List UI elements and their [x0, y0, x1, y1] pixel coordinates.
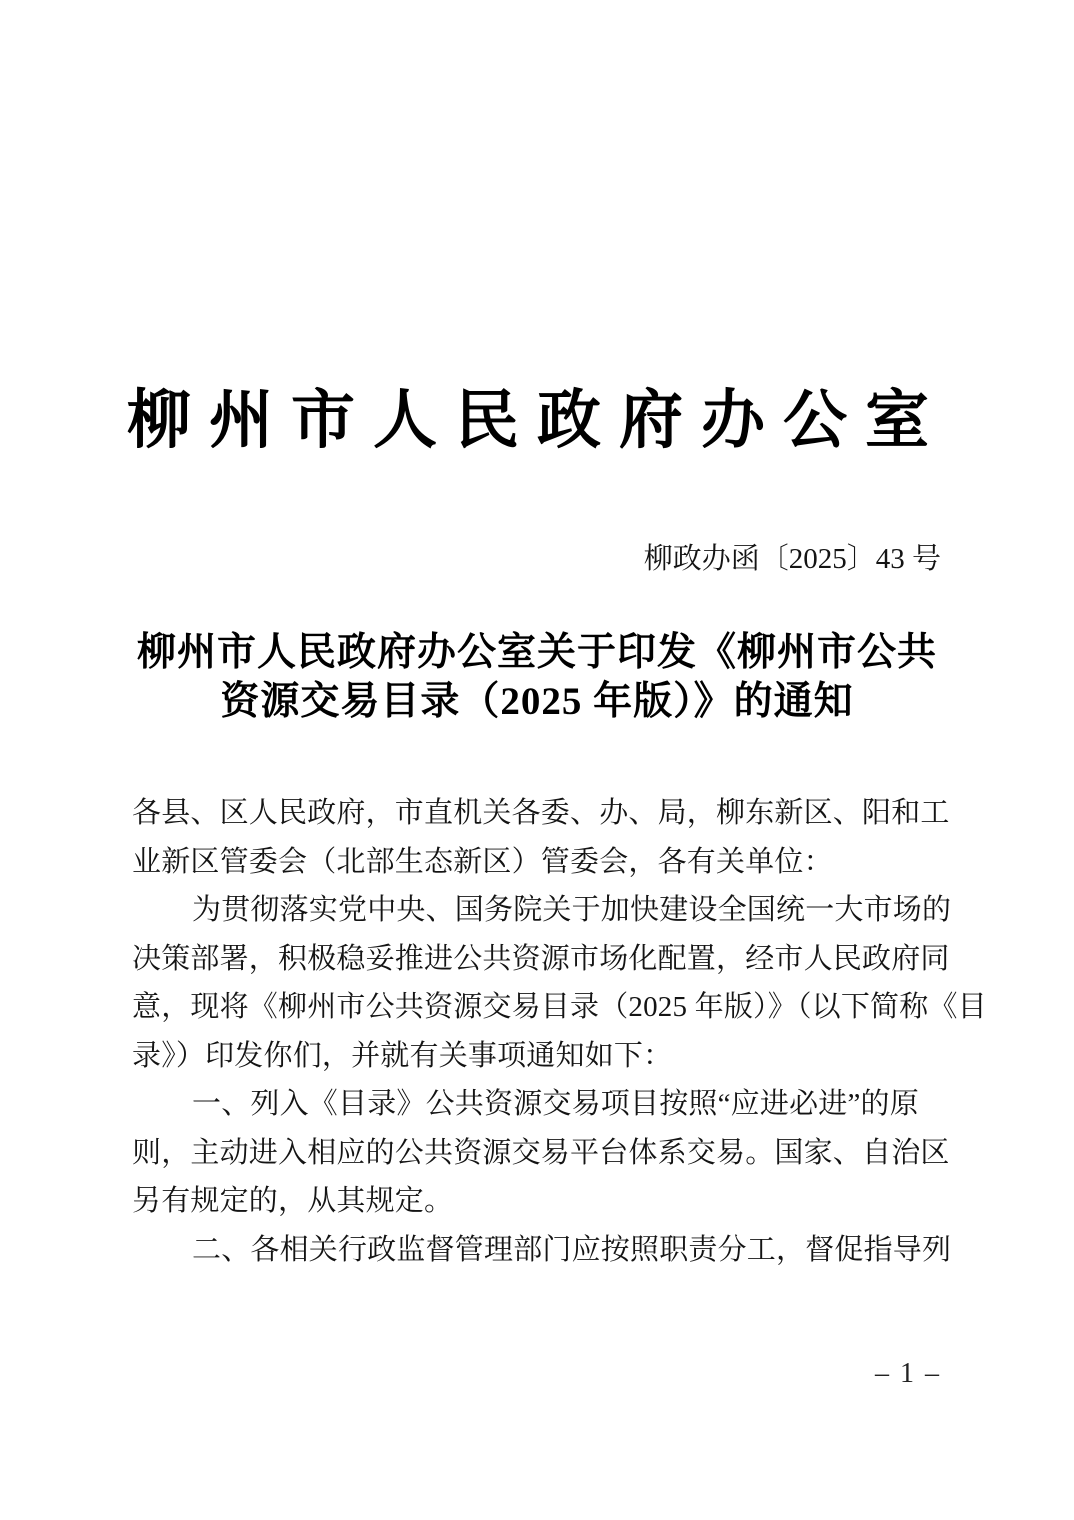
document-page: 柳州市人民政府办公室 柳政办函〔2025〕43 号 柳州市人民政府办公室关于印发… — [0, 0, 1074, 1520]
body-line: 业新区管委会（北部生态新区）管委会，各有关单位： — [132, 838, 944, 887]
title-line-1: 柳州市人民政府办公室关于印发《柳州市公共 — [0, 628, 1074, 677]
body-line: 二、各相关行政监督管理部门应按照职责分工，督促指导列 — [132, 1226, 944, 1275]
body-line: 各县、区人民政府，市直机关各委、办、局，柳东新区、阳和工 — [132, 789, 944, 838]
body-line: 决策部署，积极稳妥推进公共资源市场化配置，经市人民政府同 — [132, 935, 944, 984]
page-number: – 1 – — [131, 1356, 941, 1392]
body-line: 录》）印发你们，并就有关事项通知如下： — [132, 1032, 944, 1081]
letterhead: 柳州市人民政府办公室 — [0, 383, 1074, 459]
body-line: 意，现将《柳州市公共资源交易目录（2025 年版）》（以下简称《目 — [132, 983, 944, 1032]
body-line: 则，主动进入相应的公共资源交易平台体系交易。国家、自治区 — [132, 1129, 944, 1178]
body-line: 一、列入《目录》公共资源交易项目按照“应进必进”的原 — [132, 1080, 944, 1129]
document-body: 各县、区人民政府，市直机关各委、办、局，柳东新区、阳和工业新区管委会（北部生态新… — [132, 789, 944, 1274]
body-line: 另有规定的，从其规定。 — [132, 1177, 944, 1226]
document-number: 柳政办函〔2025〕43 号 — [131, 540, 941, 578]
body-line: 为贯彻落实党中央、国务院关于加快建设全国统一大市场的 — [132, 886, 944, 935]
document-title: 柳州市人民政府办公室关于印发《柳州市公共 资源交易目录（2025 年版）》的通知 — [0, 628, 1074, 726]
title-line-2: 资源交易目录（2025 年版）》的通知 — [0, 677, 1074, 726]
